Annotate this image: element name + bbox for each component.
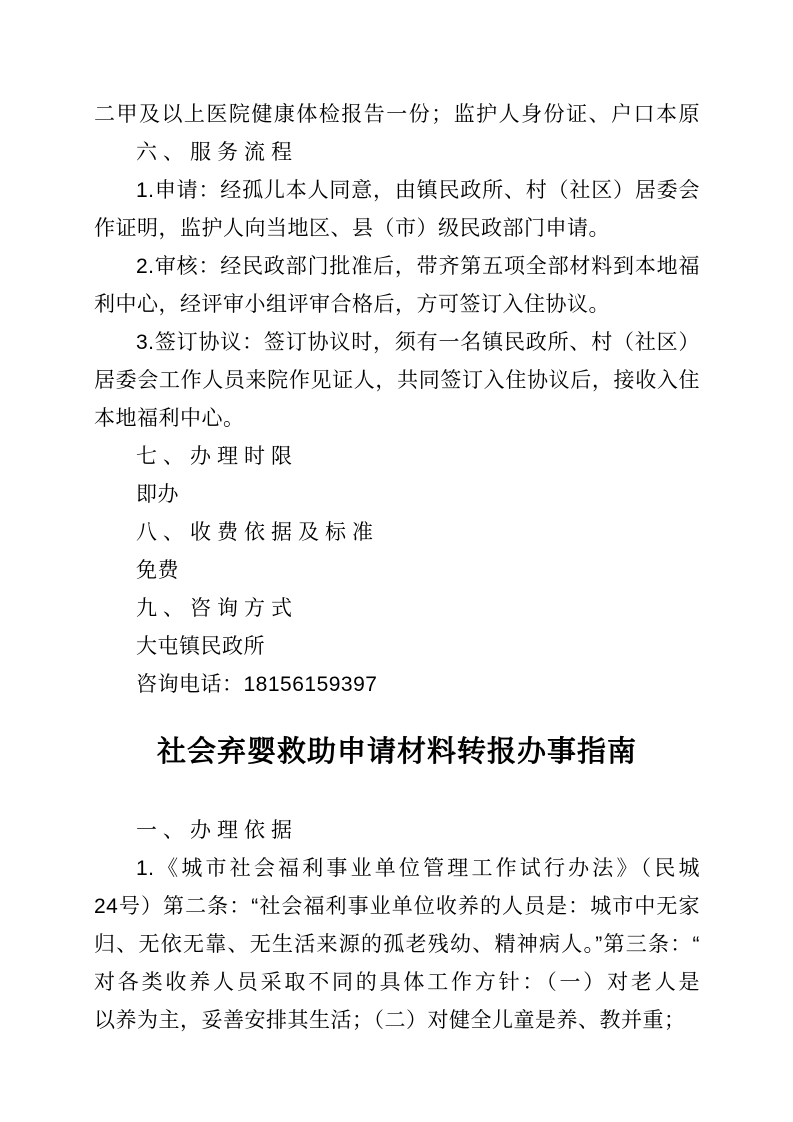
body-line: 3.签订协议：签订协议时，须有一名镇民政所、村（社区） [94,324,700,362]
body-line: 本地福利中心。 [94,400,700,438]
body-line: 归、无依无靠、无生活来源的孤老残幼、精神病人。”第三条：“ [94,926,700,964]
body-line: 2.审核：经民政部门批准后，带齐第五项全部材料到本地福 [94,248,700,286]
body-line: 利中心，经评审小组评审合格后，方可签订入住协议。 [94,286,700,324]
document-body: 二甲及以上医院健康体检报告一份；监护人身份证、户口本原件。 六、服务流程 1.申… [94,96,700,1040]
body-line: 对各类收养人员采取不同的具体工作方针：（一）对老人是 [94,964,700,1002]
body-line: 免费 [94,552,700,590]
body-line: 以养为主，妥善安排其生活；（二）对健全儿童是养、教并重；对 [94,1002,700,1040]
heading-consultation: 九、咨询方式 [94,590,700,628]
heading-fee-basis: 八、收费依据及标准 [94,514,700,552]
consultation-phone: 咨询电话：18156159397 [94,666,700,704]
heading-legal-basis: 一、办理依据 [94,812,700,850]
agency-name: 大屯镇民政所 [94,628,700,666]
body-line: 1.申请：经孤儿本人同意，由镇民政所、村（社区）居委会 [94,172,700,210]
document-page: 二甲及以上医院健康体检报告一份；监护人身份证、户口本原件。 六、服务流程 1.申… [0,0,793,1122]
heading-processing-time: 七、办理时限 [94,438,700,476]
document-title: 社会弃婴救助申请材料转报办事指南 [94,728,700,776]
body-line: 作证明，监护人向当地区、县（市）级民政部门申请。 [94,210,700,248]
body-line: 即办 [94,476,700,514]
body-line: 居委会工作人员来院作见证人，共同签订入住协议后，接收入住 [94,362,700,400]
body-line: 1.《城市社会福利事业单位管理工作试行办法》（民城〔1982〕 [94,850,700,888]
body-line: 二甲及以上医院健康体检报告一份；监护人身份证、户口本原件。 [94,96,700,134]
heading-service-process: 六、服务流程 [94,134,700,172]
body-line: 24号）第二条：“社会福利事业单位收养的人员是：城市中无家可 [94,888,700,926]
